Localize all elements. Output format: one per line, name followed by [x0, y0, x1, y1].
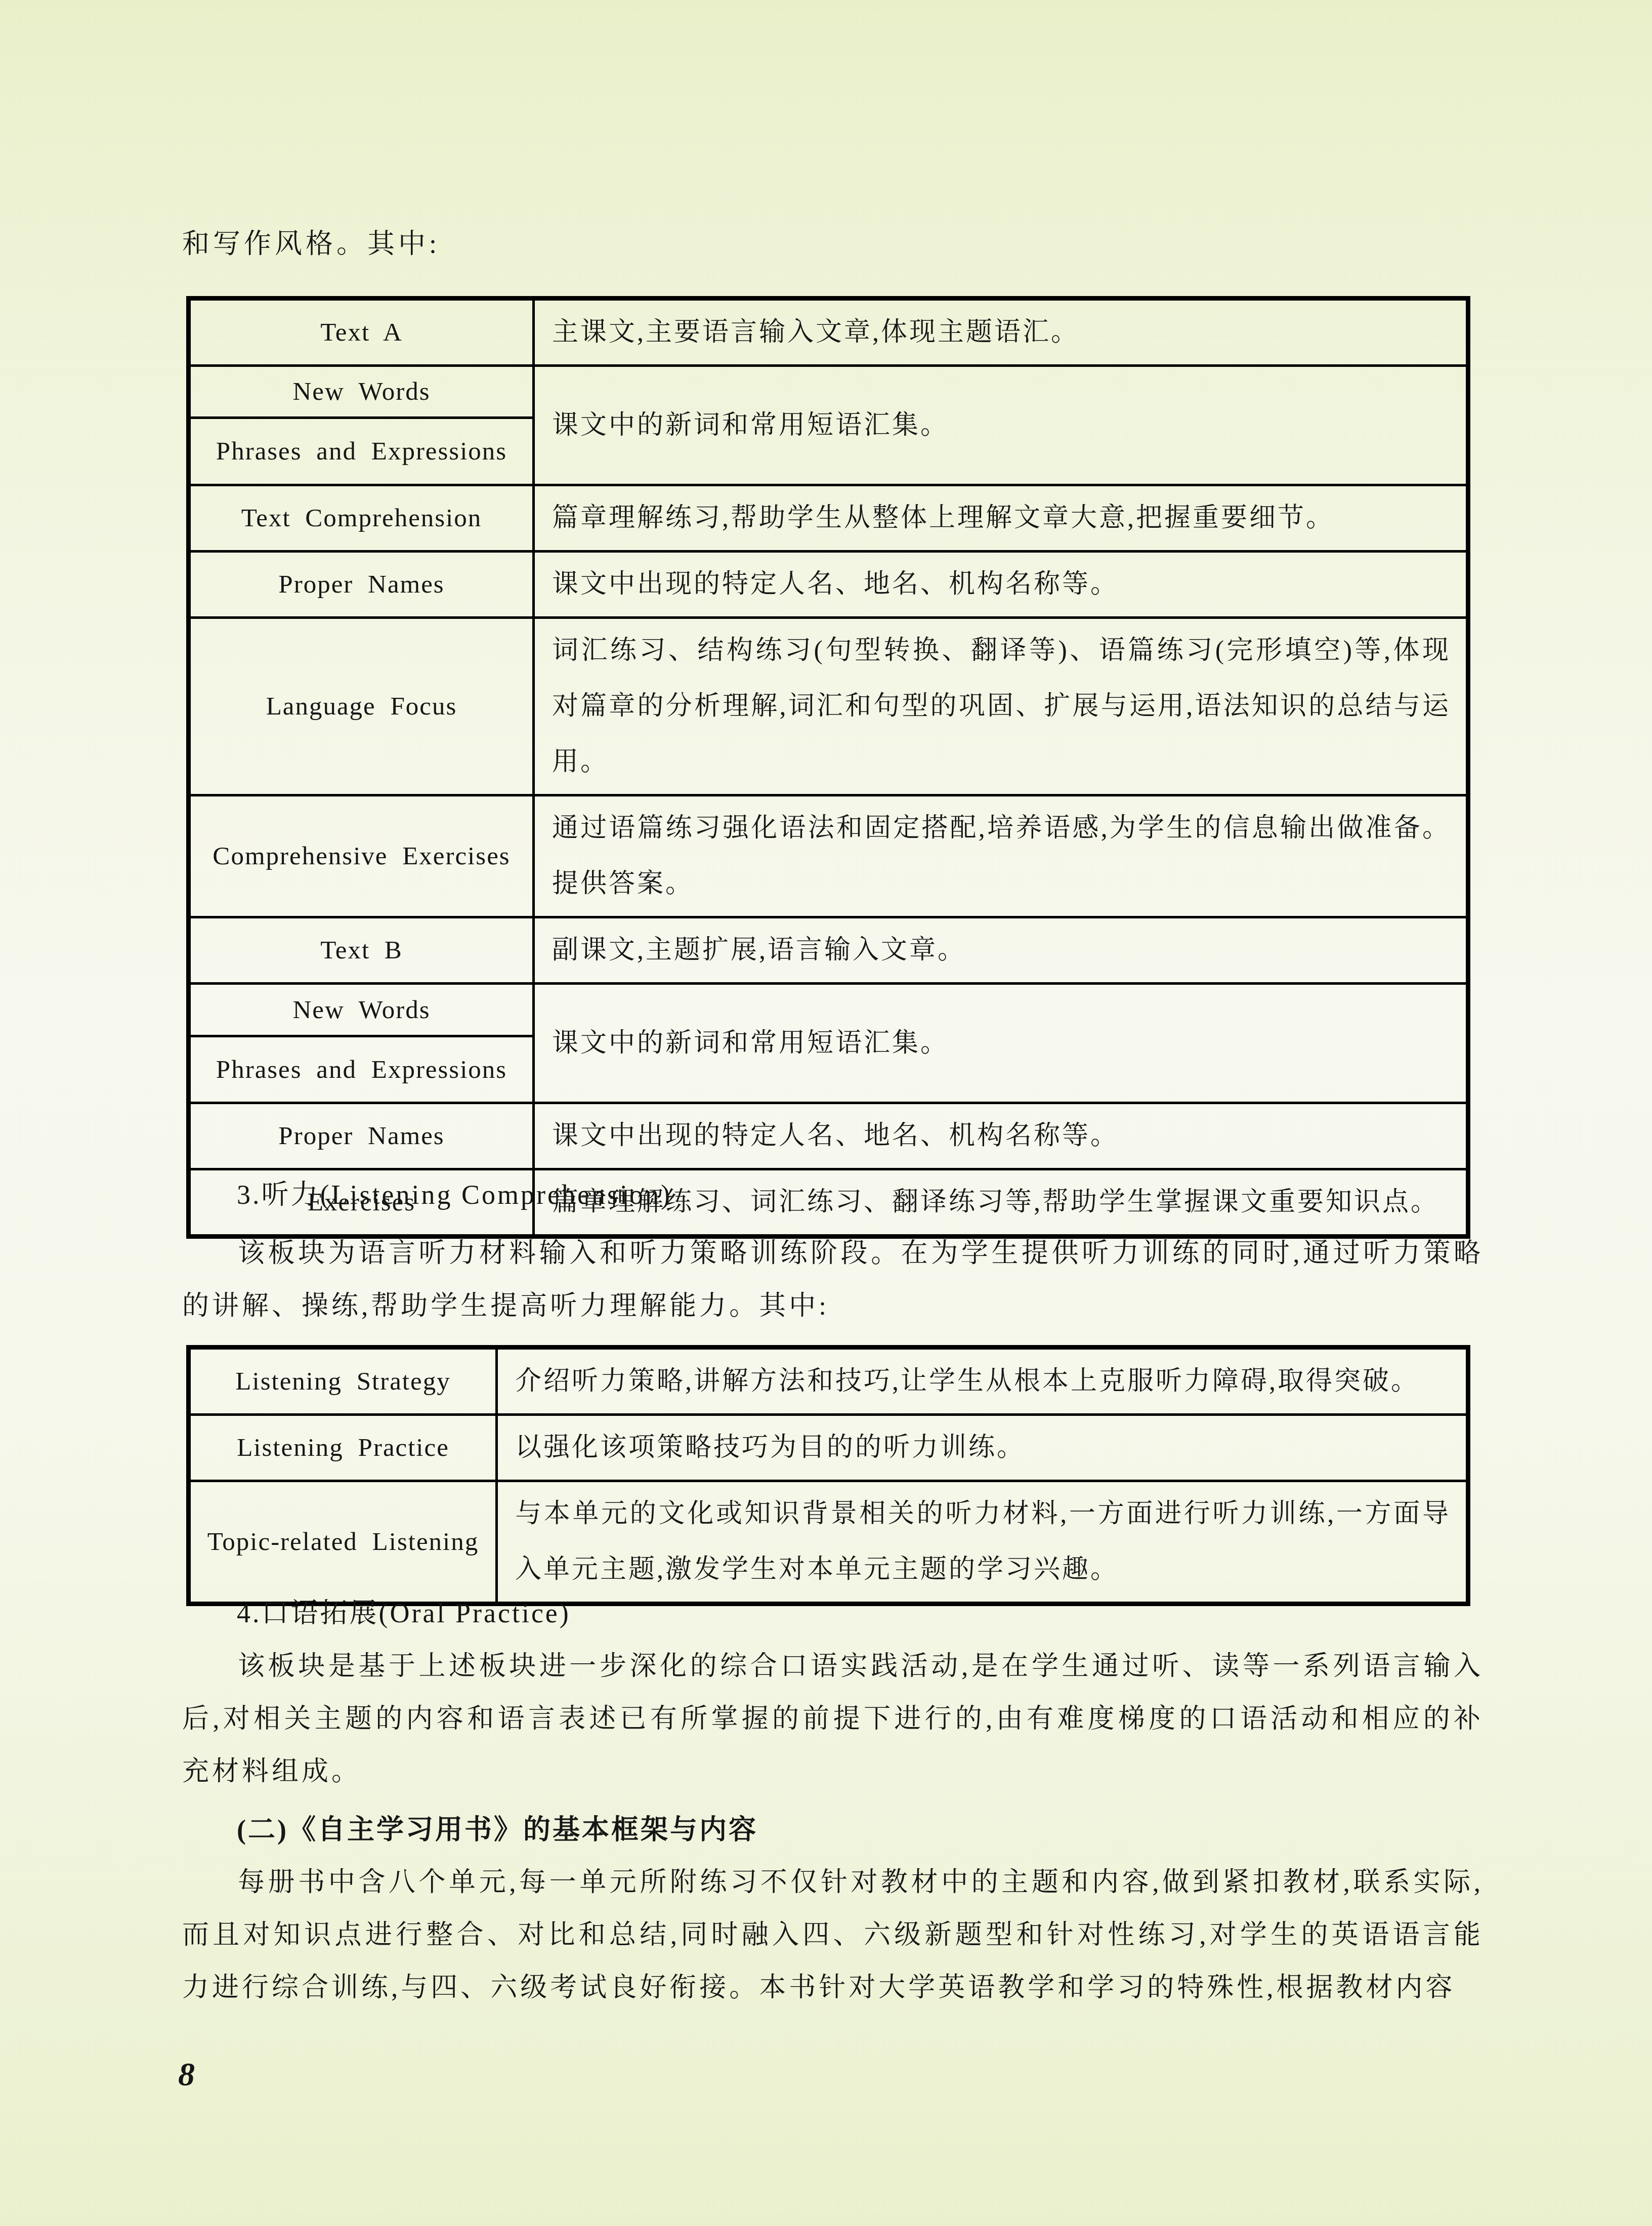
row-label: New Words	[189, 366, 534, 418]
document-page: 和写作风格。其中: Text A 主课文,主要语言输入文章,体现主题语汇。 Ne…	[0, 0, 1652, 2226]
row-label: Topic-related Listening	[189, 1481, 497, 1604]
table-row: New Words 课文中的新词和常用短语汇集。	[189, 366, 1468, 418]
section-heading-listening: 3.听力(Listening Comprehension)	[182, 1175, 1484, 1214]
table-row: Listening Practice 以强化该项策略技巧为目的的听力训练。	[189, 1415, 1468, 1481]
row-description: 与本单元的文化或知识背景相关的听力材料,一方面进行听力训练,一方面导入单元主题,…	[497, 1481, 1468, 1604]
row-description: 课文中的新词和常用短语汇集。	[534, 984, 1468, 1103]
row-description: 课文中出现的特定人名、地名、机构名称等。	[534, 1103, 1468, 1169]
row-label: New Words	[189, 984, 534, 1036]
row-description: 通过语篇练习强化语法和固定搭配,培养语感,为学生的信息输出做准备。提供答案。	[534, 795, 1468, 917]
paragraph-oral: 该板块是基于上述板块进一步深化的综合口语实践活动,是在学生通过听、读等一系列语言…	[182, 1640, 1484, 1798]
paragraph-self-study: 每册书中含八个单元,每一单元所附练习不仅针对教材中的主题和内容,做到紧扣教材,联…	[182, 1856, 1484, 2014]
section-heading-oral: 4.口语拓展(Oral Practice)	[182, 1593, 1484, 1633]
row-label: Language Focus	[189, 618, 534, 795]
row-label: Listening Practice	[189, 1415, 497, 1481]
table-row: Proper Names 课文中出现的特定人名、地名、机构名称等。	[189, 1103, 1468, 1169]
row-label: Phrases and Expressions	[189, 418, 534, 485]
table-row: Language Focus 词汇练习、结构练习(句型转换、翻译等)、语篇练习(…	[189, 618, 1468, 795]
section-heading-self-study: (二)《自主学习用书》的基本框架与内容	[182, 1810, 1484, 1850]
row-description: 篇章理解练习,帮助学生从整体上理解文章大意,把握重要细节。	[534, 485, 1468, 552]
table-row: Text B 副课文,主题扩展,语言输入文章。	[189, 917, 1468, 984]
row-description: 词汇练习、结构练习(句型转换、翻译等)、语篇练习(完形填空)等,体现对篇章的分析…	[534, 618, 1468, 795]
listening-structure-table: Listening Strategy 介绍听力策略,讲解方法和技巧,让学生从根本…	[186, 1345, 1470, 1606]
row-description: 以强化该项策略技巧为目的的听力训练。	[497, 1415, 1468, 1481]
row-description: 副课文,主题扩展,语言输入文章。	[534, 917, 1468, 984]
table-row: Topic-related Listening 与本单元的文化或知识背景相关的听…	[189, 1481, 1468, 1604]
row-label: Comprehensive Exercises	[189, 795, 534, 917]
row-label: Listening Strategy	[189, 1348, 497, 1415]
table-row: Text A 主课文,主要语言输入文章,体现主题语汇。	[189, 299, 1468, 366]
row-label: Proper Names	[189, 1103, 534, 1169]
row-description: 主课文,主要语言输入文章,体现主题语汇。	[534, 299, 1468, 366]
paragraph-listening: 该板块为语言听力材料输入和听力策略训练阶段。在为学生提供听力训练的同时,通过听力…	[182, 1227, 1484, 1332]
table-row: Listening Strategy 介绍听力策略,讲解方法和技巧,让学生从根本…	[189, 1348, 1468, 1415]
table-row: New Words 课文中的新词和常用短语汇集。	[189, 984, 1468, 1036]
row-label: Text B	[189, 917, 534, 984]
row-label: Text A	[189, 299, 534, 366]
row-label: Proper Names	[189, 552, 534, 618]
page-number: 8	[178, 2055, 195, 2094]
row-description: 课文中出现的特定人名、地名、机构名称等。	[534, 552, 1468, 618]
row-label: Phrases and Expressions	[189, 1036, 534, 1103]
table-row: Proper Names 课文中出现的特定人名、地名、机构名称等。	[189, 552, 1468, 618]
row-description: 课文中的新词和常用短语汇集。	[534, 366, 1468, 485]
row-label: Text Comprehension	[189, 485, 534, 552]
table-row: Comprehensive Exercises 通过语篇练习强化语法和固定搭配,…	[189, 795, 1468, 917]
intro-line: 和写作风格。其中:	[182, 224, 1484, 264]
table-row: Text Comprehension 篇章理解练习,帮助学生从整体上理解文章大意…	[189, 485, 1468, 552]
row-description: 介绍听力策略,讲解方法和技巧,让学生从根本上克服听力障碍,取得突破。	[497, 1348, 1468, 1415]
unit-structure-table: Text A 主课文,主要语言输入文章,体现主题语汇。 New Words 课文…	[186, 296, 1470, 1239]
